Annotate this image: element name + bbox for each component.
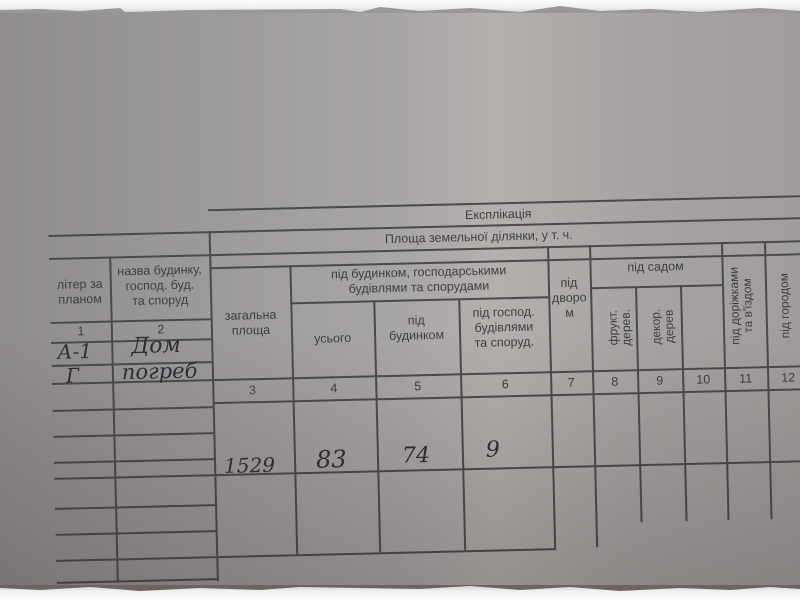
header-col2: назва будинку, господ. буд. та споруд [109,262,210,309]
col-num-7: 7 [550,375,592,391]
header-col5: під будинком [374,312,460,344]
col-num-1: 1 [51,324,111,340]
col-num-6: 6 [460,376,550,393]
table-title: Експлікація [418,206,578,225]
document-photo: Експлікація Площа земельної ділянки, у т… [0,0,800,600]
row-2-name: погреб [122,359,198,385]
col-num-4: 4 [292,380,375,397]
section-header: Площа земельної ділянки, у т. ч. [369,227,589,247]
header-col9: декор. дерев [649,291,677,362]
torn-edge-bottom [0,585,800,600]
row-1-letter: А-1 [57,339,92,364]
col-num-10: 10 [682,372,724,388]
header-group-garden: під садом [589,258,721,276]
header-col1: літер за планом [50,277,111,308]
total-area-value: 1529 [224,453,275,478]
header-col11: під городом [777,256,792,356]
header-col4: усього [291,330,374,347]
header-col3: загальна площа [210,307,291,339]
col-num-8: 8 [592,374,637,390]
header-col10: під доріжками та в'їздом [727,249,756,362]
explication-table: Експлікація Площа земельної ділянки, у т… [48,189,800,578]
col-num-3: 3 [212,382,292,399]
row-2-letter: Г [66,363,80,387]
under-outbuildings-value: 9 [486,437,501,462]
col-num-12: 12 [767,370,800,386]
header-col6: під господ. будівлями та споруд. [458,304,549,351]
col-num-11: 11 [724,371,767,387]
col-num-9: 9 [637,373,682,389]
under-house-value: 74 [402,443,431,469]
header-col8: фрукт. дерев. [606,292,634,363]
header-col7: під дворо м [548,275,591,321]
torn-edge-top [0,0,800,13]
row-1-name: Дом [131,333,181,359]
header-group-buildings: під будинком, господарськими будівлями т… [289,262,548,298]
col-num-5: 5 [375,378,460,395]
all-buildings-value: 83 [316,445,347,474]
